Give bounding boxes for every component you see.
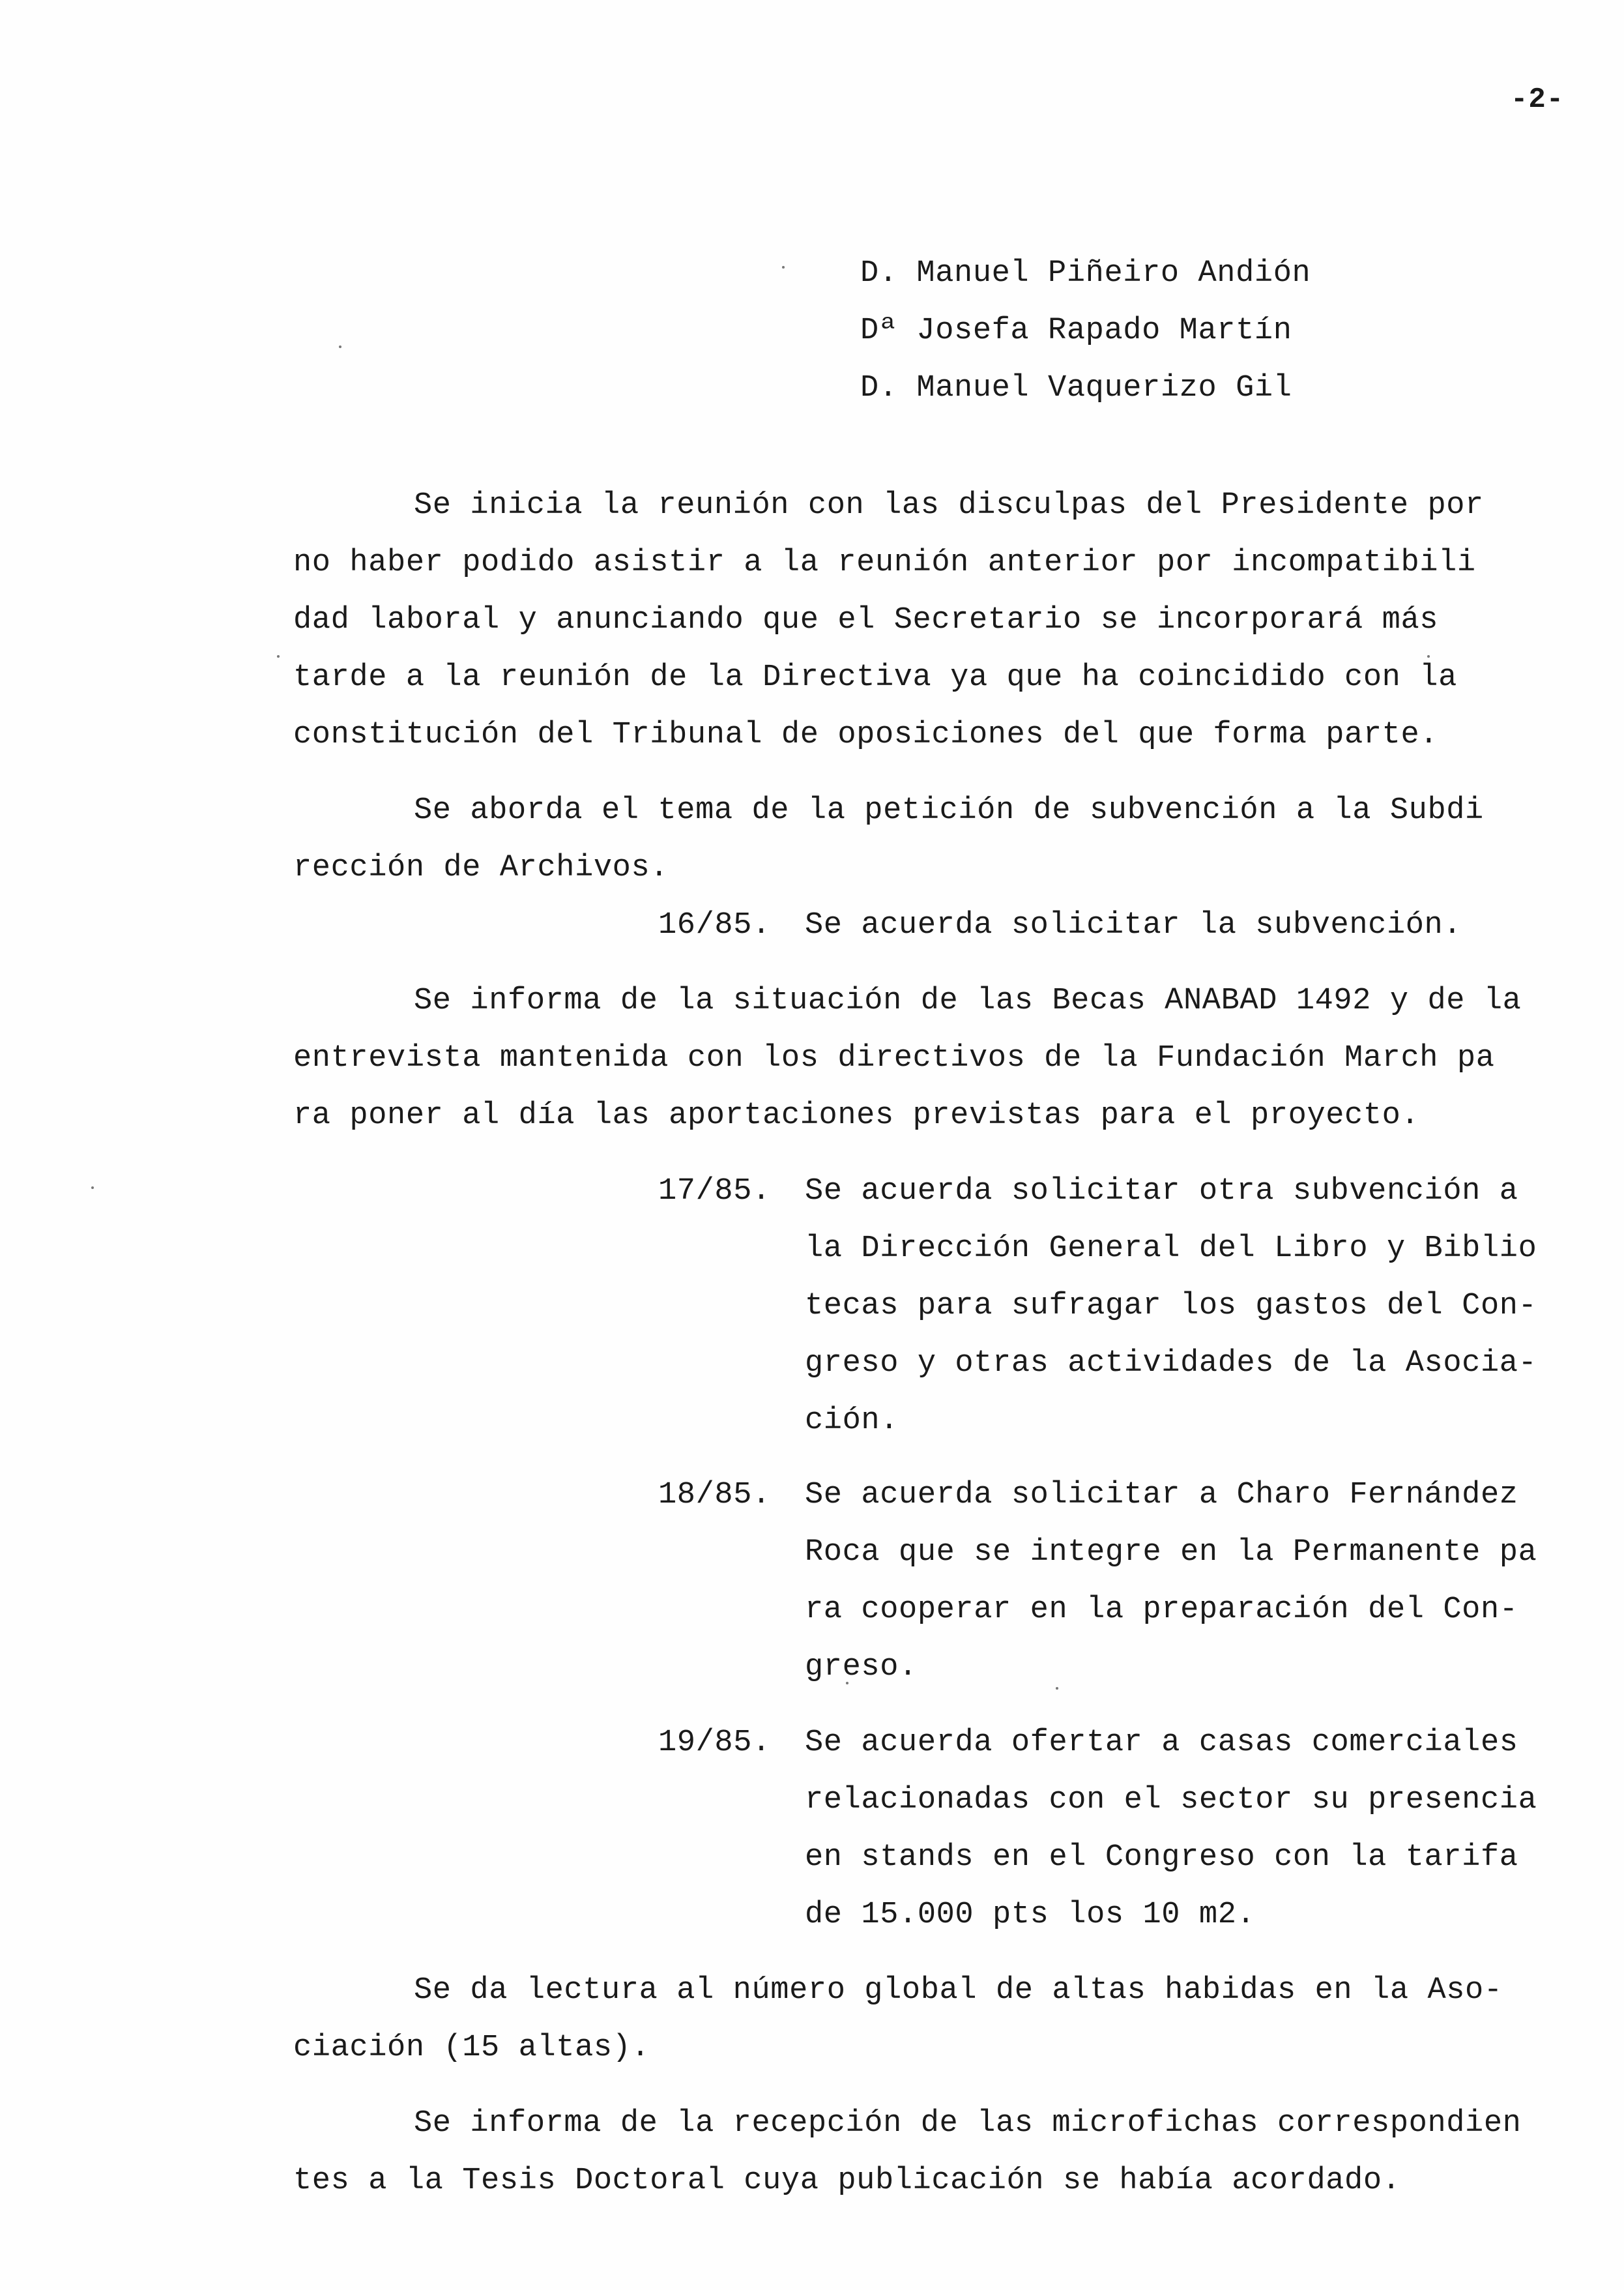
- scan-speck: [1427, 655, 1430, 658]
- text-line: tarde a la reunión de la Directiva ya qu…: [293, 658, 1457, 697]
- document-page: -2- D. Manuel Piñeiro Andión Dª Josefa R…: [0, 0, 1624, 2290]
- scan-speck: [846, 1682, 848, 1684]
- page-number: -2-: [1511, 83, 1564, 116]
- agreement-text: de 15.000 pts los 10 m2.: [805, 1896, 1255, 1935]
- agreement-number: 19/85.: [658, 1724, 771, 1763]
- agreement-number: 18/85.: [658, 1476, 771, 1515]
- scan-speck: [339, 345, 341, 348]
- agreement-text: greso y otras actividades de la Asocia-: [805, 1344, 1537, 1383]
- text-line: Se aborda el tema de la petición de subv…: [414, 791, 1484, 830]
- text-line: dad laboral y anunciando que el Secretar…: [293, 601, 1438, 640]
- agreement-text: Se acuerda solicitar a Charo Fernández: [805, 1476, 1518, 1515]
- agreement-text: Se acuerda ofertar a casas comerciales: [805, 1724, 1518, 1763]
- text-line: tes a la Tesis Doctoral cuya publicación…: [293, 2162, 1400, 2201]
- scan-speck: [91, 1186, 94, 1189]
- attendee: Dª Josefa Rapado Martín: [860, 312, 1292, 351]
- scan-speck: [782, 266, 785, 269]
- agreement-text: tecas para sufragar los gastos del Con-: [805, 1287, 1537, 1326]
- text-line: entrevista mantenida con los directivos …: [293, 1039, 1495, 1078]
- text-line: Se inicia la reunión con las disculpas d…: [414, 486, 1484, 525]
- text-line: ciación (15 altas).: [293, 2029, 650, 2068]
- agreement-number: 17/85.: [658, 1172, 771, 1211]
- agreement-text: ción.: [805, 1402, 899, 1441]
- text-line: ra poner al día las aportaciones previst…: [293, 1096, 1419, 1136]
- agreement-text: Roca que se integre en la Permanente pa: [805, 1533, 1537, 1572]
- text-line: Se informa de la situación de las Becas …: [414, 982, 1521, 1021]
- agreement-number: 16/85.: [658, 906, 771, 945]
- text-line: Se da lectura al número global de altas …: [414, 1971, 1503, 2010]
- text-line: Se informa de la recepción de las microf…: [414, 2104, 1521, 2143]
- text-line: rección de Archivos.: [293, 849, 669, 888]
- agreement-text: Se acuerda solicitar la subvención.: [805, 906, 1462, 945]
- agreement-text: Se acuerda solicitar otra subvención a: [805, 1172, 1518, 1211]
- agreement-text: en stands en el Congreso con la tarifa: [805, 1838, 1518, 1877]
- attendee: D. Manuel Vaquerizo Gil: [860, 369, 1292, 408]
- text-line: constitución del Tribunal de oposiciones…: [293, 716, 1438, 755]
- agreement-text: la Dirección General del Libro y Biblio: [805, 1229, 1537, 1269]
- attendee: D. Manuel Piñeiro Andión: [860, 254, 1311, 293]
- text-line-content: no haber podido asistir a la reunión ant…: [293, 546, 1476, 580]
- agreement-text: ra cooperar en la preparación del Con-: [805, 1591, 1518, 1630]
- scan-speck: [277, 655, 280, 658]
- text-line: no haber podido asistir a la reunión ant…: [293, 544, 1476, 583]
- agreement-text: greso.: [805, 1648, 918, 1687]
- agreement-text: relacionadas con el sector su presencia: [805, 1781, 1537, 1820]
- scan-speck: [1056, 1687, 1058, 1690]
